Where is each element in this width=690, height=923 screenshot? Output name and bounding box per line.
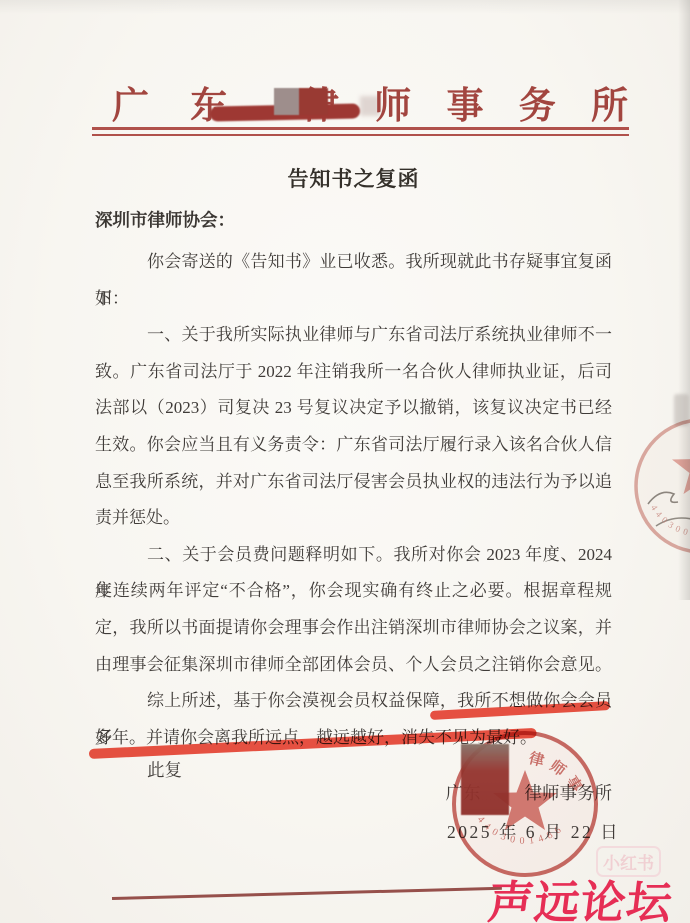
body-line: 致。广东省司法厅于 2022 年注销我所一名合伙人律师执业证，后司: [95, 354, 612, 391]
photo-edge-shadow-top: [0, 0, 690, 14]
body-line: 定，我所以书面提请你会理事会作出注销深圳市律师协会之议案，并: [95, 610, 612, 647]
body-line: 责并惩处。: [95, 500, 612, 537]
body-line: 度连续两年评定“不合格”，你会现实确有终止之必要。根据章程规: [95, 573, 612, 610]
closing-phrase: 此复: [147, 757, 182, 782]
forum-watermark: 声远论坛: [485, 866, 677, 923]
body-line: 你会寄送的《告知书》业已收悉。我所现就此书存疑事宜复函如: [95, 244, 612, 281]
letterhead: 广 东 律 师 事 务 所: [112, 84, 628, 130]
signature-redaction-box: [461, 744, 509, 815]
body-line: 一、关于我所实际执业律师与广东省司法厅系统执业律师不一: [95, 317, 612, 354]
footer-rule: [112, 887, 502, 900]
letterhead-rule-top: [92, 127, 629, 130]
body-line: 法部以（2023）司复决 23 号复议决定予以撤销，该复议决定书已经: [95, 390, 612, 427]
body-line: 生效。你会应当且有义务责令：广东省司法厅履行录入该名合伙人信: [95, 427, 612, 464]
letterhead-redaction-box: [274, 88, 328, 115]
letterhead-rule-bottom: [92, 134, 629, 136]
body-line: 二、关于会员费问题释明如下。我所对你会 2023 年度、2024 年: [95, 537, 612, 574]
document-photo: { "letterhead": { "prefix": "广 东", "suff…: [0, 0, 690, 923]
secondary-seal-partial: 4403001486: [616, 412, 690, 572]
body-line: 由理事会征集深圳市律师全部团体会员、个人会员之注销你会意见。: [95, 647, 612, 684]
document-title: 告知书之复函: [95, 163, 612, 193]
body-line: 息至我所系统，并对广东省司法厅侵害会员执业权的违法行为予以追: [95, 464, 612, 501]
body-line: 综上所述，基于你会漠视会员权益保障，我所不想做你会会员好: [95, 683, 612, 720]
letter-body: 你会寄送的《告知书》业已收悉。我所现就此书存疑事宜复函如 下： 一、关于我所实际…: [95, 244, 612, 756]
body-line: 下：: [95, 281, 612, 318]
salutation: 深圳市律师协会：: [95, 207, 235, 232]
